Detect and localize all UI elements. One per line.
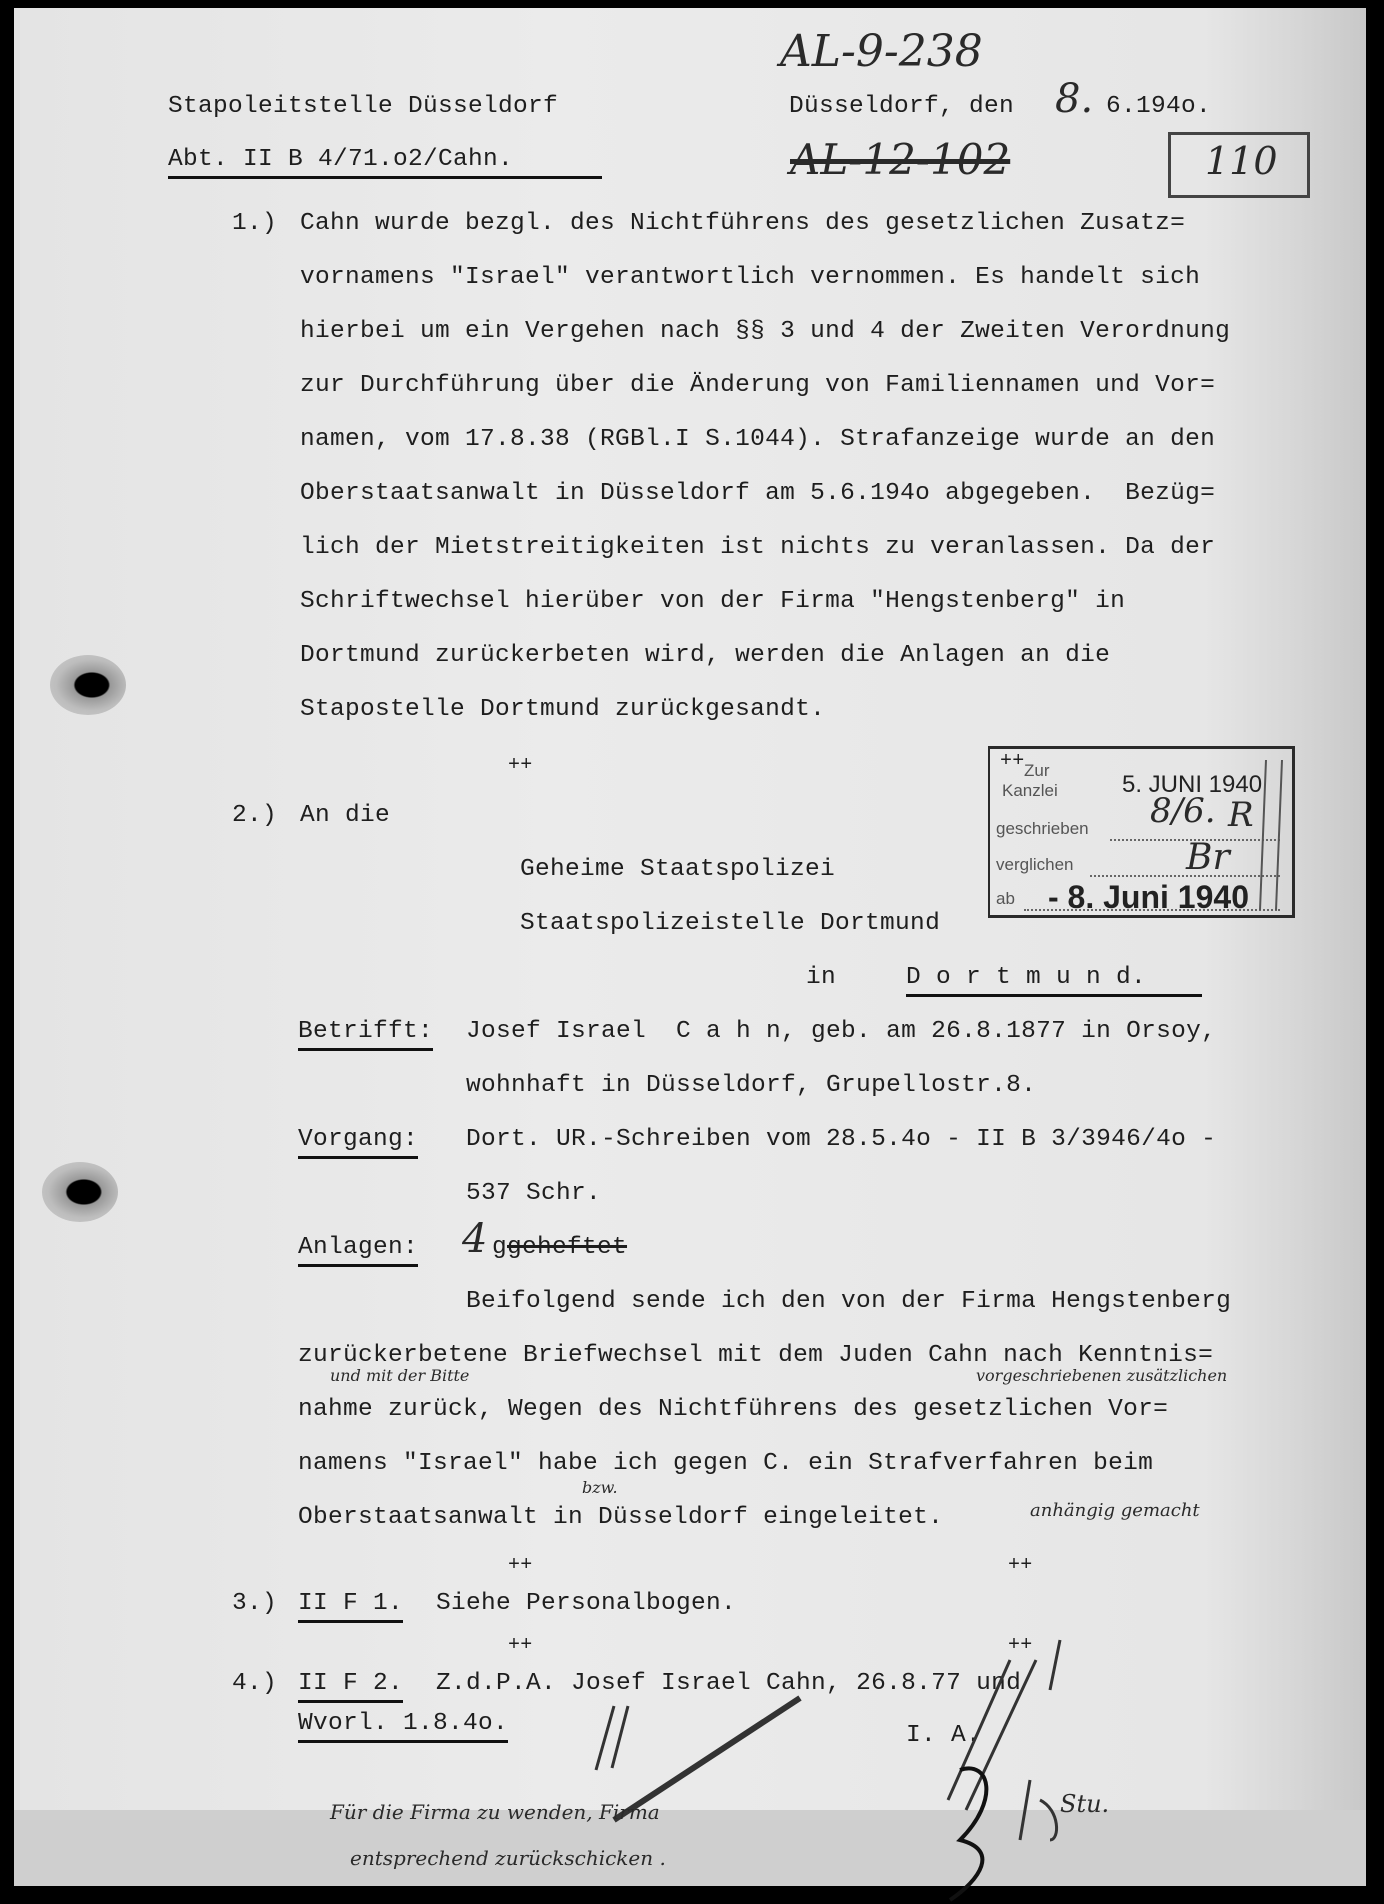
- section-4-text: Z.d.P.A. Josef Israel Cahn, 26.8.77 und: [436, 1672, 1021, 1697]
- stamp-label-zur: Zur: [1024, 761, 1050, 781]
- section-1-line: Schriftwechsel hierüber von der Firma "H…: [300, 590, 1125, 615]
- box-number-handwritten: 110: [1205, 139, 1278, 183]
- date-rest: 6.194o.: [1106, 95, 1211, 120]
- section-1-line: hierbei um ein Vergehen nach §§ 3 und 4 …: [300, 320, 1230, 345]
- section-4-number: 4.): [232, 1672, 277, 1697]
- section-2-intro: An die: [300, 804, 390, 829]
- punch-hole-icon: [50, 655, 126, 715]
- file-reference: Abt. II B 4/71.o2/Cahn.: [168, 148, 602, 179]
- recipient-line-1: Geheime Staatspolizei: [520, 858, 835, 883]
- footer-note-handwritten: entsprechend zurückschicken .: [350, 1846, 666, 1870]
- body-line: namens "Israel" habe ich gegen C. ein St…: [298, 1452, 1153, 1477]
- stamp-handwritten-initials: Br: [1186, 837, 1230, 878]
- stamp-label-ab: ab: [996, 889, 1015, 909]
- vorgang-label: Vorgang:: [298, 1128, 418, 1159]
- date-day-handwritten: 8.: [1055, 76, 1093, 122]
- section-1-line: lich der Mietstreitigkeiten ist nichts z…: [300, 536, 1215, 561]
- section-3-number: 3.): [232, 1592, 277, 1617]
- annotation-handwritten: und mit der Bitte: [330, 1366, 469, 1385]
- vorgang-line-1: Dort. UR.-Schreiben vom 28.5.4o - II B 3…: [466, 1128, 1216, 1153]
- place-date-prefix: Düsseldorf, den: [789, 95, 1014, 120]
- betrifft-label: Betrifft:: [298, 1020, 433, 1051]
- recipient-city: D o r t m u n d.: [906, 966, 1202, 997]
- signature-prefix: I. A.: [906, 1724, 981, 1749]
- footer-note-handwritten: Für die Firma zu wenden, Firma: [330, 1800, 660, 1824]
- plus-marks: ++: [1008, 1636, 1033, 1656]
- stamp-label-geschrieben: geschrieben: [996, 819, 1089, 839]
- stamp-handwritten-initials: R: [1228, 795, 1254, 835]
- annotation-handwritten: anhängig gemacht: [1030, 1500, 1200, 1521]
- body-line: nahme zurück, Wegen des Nichtführens des…: [298, 1398, 1168, 1423]
- annotation-handwritten: vorgeschriebenen zusätzlichen: [976, 1366, 1227, 1385]
- section-1-line: Oberstaatsanwalt in Düsseldorf am 5.6.19…: [300, 482, 1215, 507]
- section-4-office: II F 2.: [298, 1672, 403, 1703]
- punch-hole-icon: [42, 1162, 118, 1222]
- betrifft-line-1: Josef Israel C a h n, geb. am 26.8.1877 …: [466, 1020, 1216, 1045]
- sender-office: Stapoleitstelle Düsseldorf: [168, 95, 558, 120]
- section-1-line: vornamens "Israel" verantwortlich vernom…: [300, 266, 1200, 291]
- section-3-office: II F 1.: [298, 1592, 403, 1623]
- registry-stamp: Zur Kanzlei 5. JUNI 1940 geschrieben 8/6…: [988, 746, 1295, 918]
- reference-box: 110: [1168, 132, 1310, 198]
- struck-number-handwritten: AL-12-102: [790, 135, 1010, 184]
- section-1-line: Cahn wurde bezgl. des Nichtführens des g…: [300, 212, 1185, 237]
- body-line: Beifolgend sende ich den von der Firma H…: [466, 1290, 1231, 1315]
- anlagen-struck: geheftet: [507, 1236, 627, 1261]
- section-1-line: zur Durchführung über die Änderung von F…: [300, 374, 1215, 399]
- stamp-dotted-line: [1090, 875, 1280, 877]
- section-1-line: Dortmund zurückerbeten wird, werden die …: [300, 644, 1110, 669]
- anlagen-label: Anlagen:: [298, 1236, 418, 1267]
- recipient-in: in: [806, 966, 836, 991]
- betrifft-line-2: wohnhaft in Düsseldorf, Grupellostr.8.: [466, 1074, 1036, 1099]
- stamp-date-sent: - 8. Juni 1940: [1048, 879, 1249, 916]
- section-2-number: 2.): [232, 804, 277, 829]
- plus-marks: ++: [508, 1556, 533, 1576]
- signature-initials-handwritten: Stu.: [1060, 1790, 1109, 1818]
- body-line: Oberstaatsanwalt in Düsseldorf eingeleit…: [298, 1506, 943, 1531]
- section-1-line: namen, vom 17.8.38 (RGBl.I S.1044). Stra…: [300, 428, 1215, 453]
- section-1-number: 1.): [232, 212, 277, 237]
- anlagen-count-handwritten: 4: [462, 1216, 487, 1262]
- stamp-handwritten-date: 8/6.: [1150, 791, 1216, 831]
- page-lower-shadow: [14, 1810, 1366, 1886]
- stamp-label-kanzlei: Kanzlei: [1002, 781, 1058, 801]
- annotation-handwritten: bzw.: [582, 1478, 618, 1497]
- plus-marks: ++: [508, 756, 533, 776]
- wiedervorlage-date: Wvorl. 1.8.4o.: [298, 1712, 508, 1743]
- plus-marks: ++: [508, 1636, 533, 1656]
- plus-marks: ++: [1008, 1556, 1033, 1576]
- vorgang-line-2: 537 Schr.: [466, 1182, 601, 1207]
- anlagen-kept: g: [492, 1236, 507, 1261]
- archive-number-handwritten: AL-9-238: [780, 26, 983, 77]
- body-line: zurückerbetene Briefwechsel mit dem Jude…: [298, 1344, 1213, 1369]
- section-3-text: Siehe Personalbogen.: [436, 1592, 736, 1617]
- stamp-label-verglichen: verglichen: [996, 855, 1074, 875]
- recipient-line-2: Staatspolizeistelle Dortmund: [520, 912, 940, 937]
- section-1-line: Stapostelle Dortmund zurückgesandt.: [300, 698, 825, 723]
